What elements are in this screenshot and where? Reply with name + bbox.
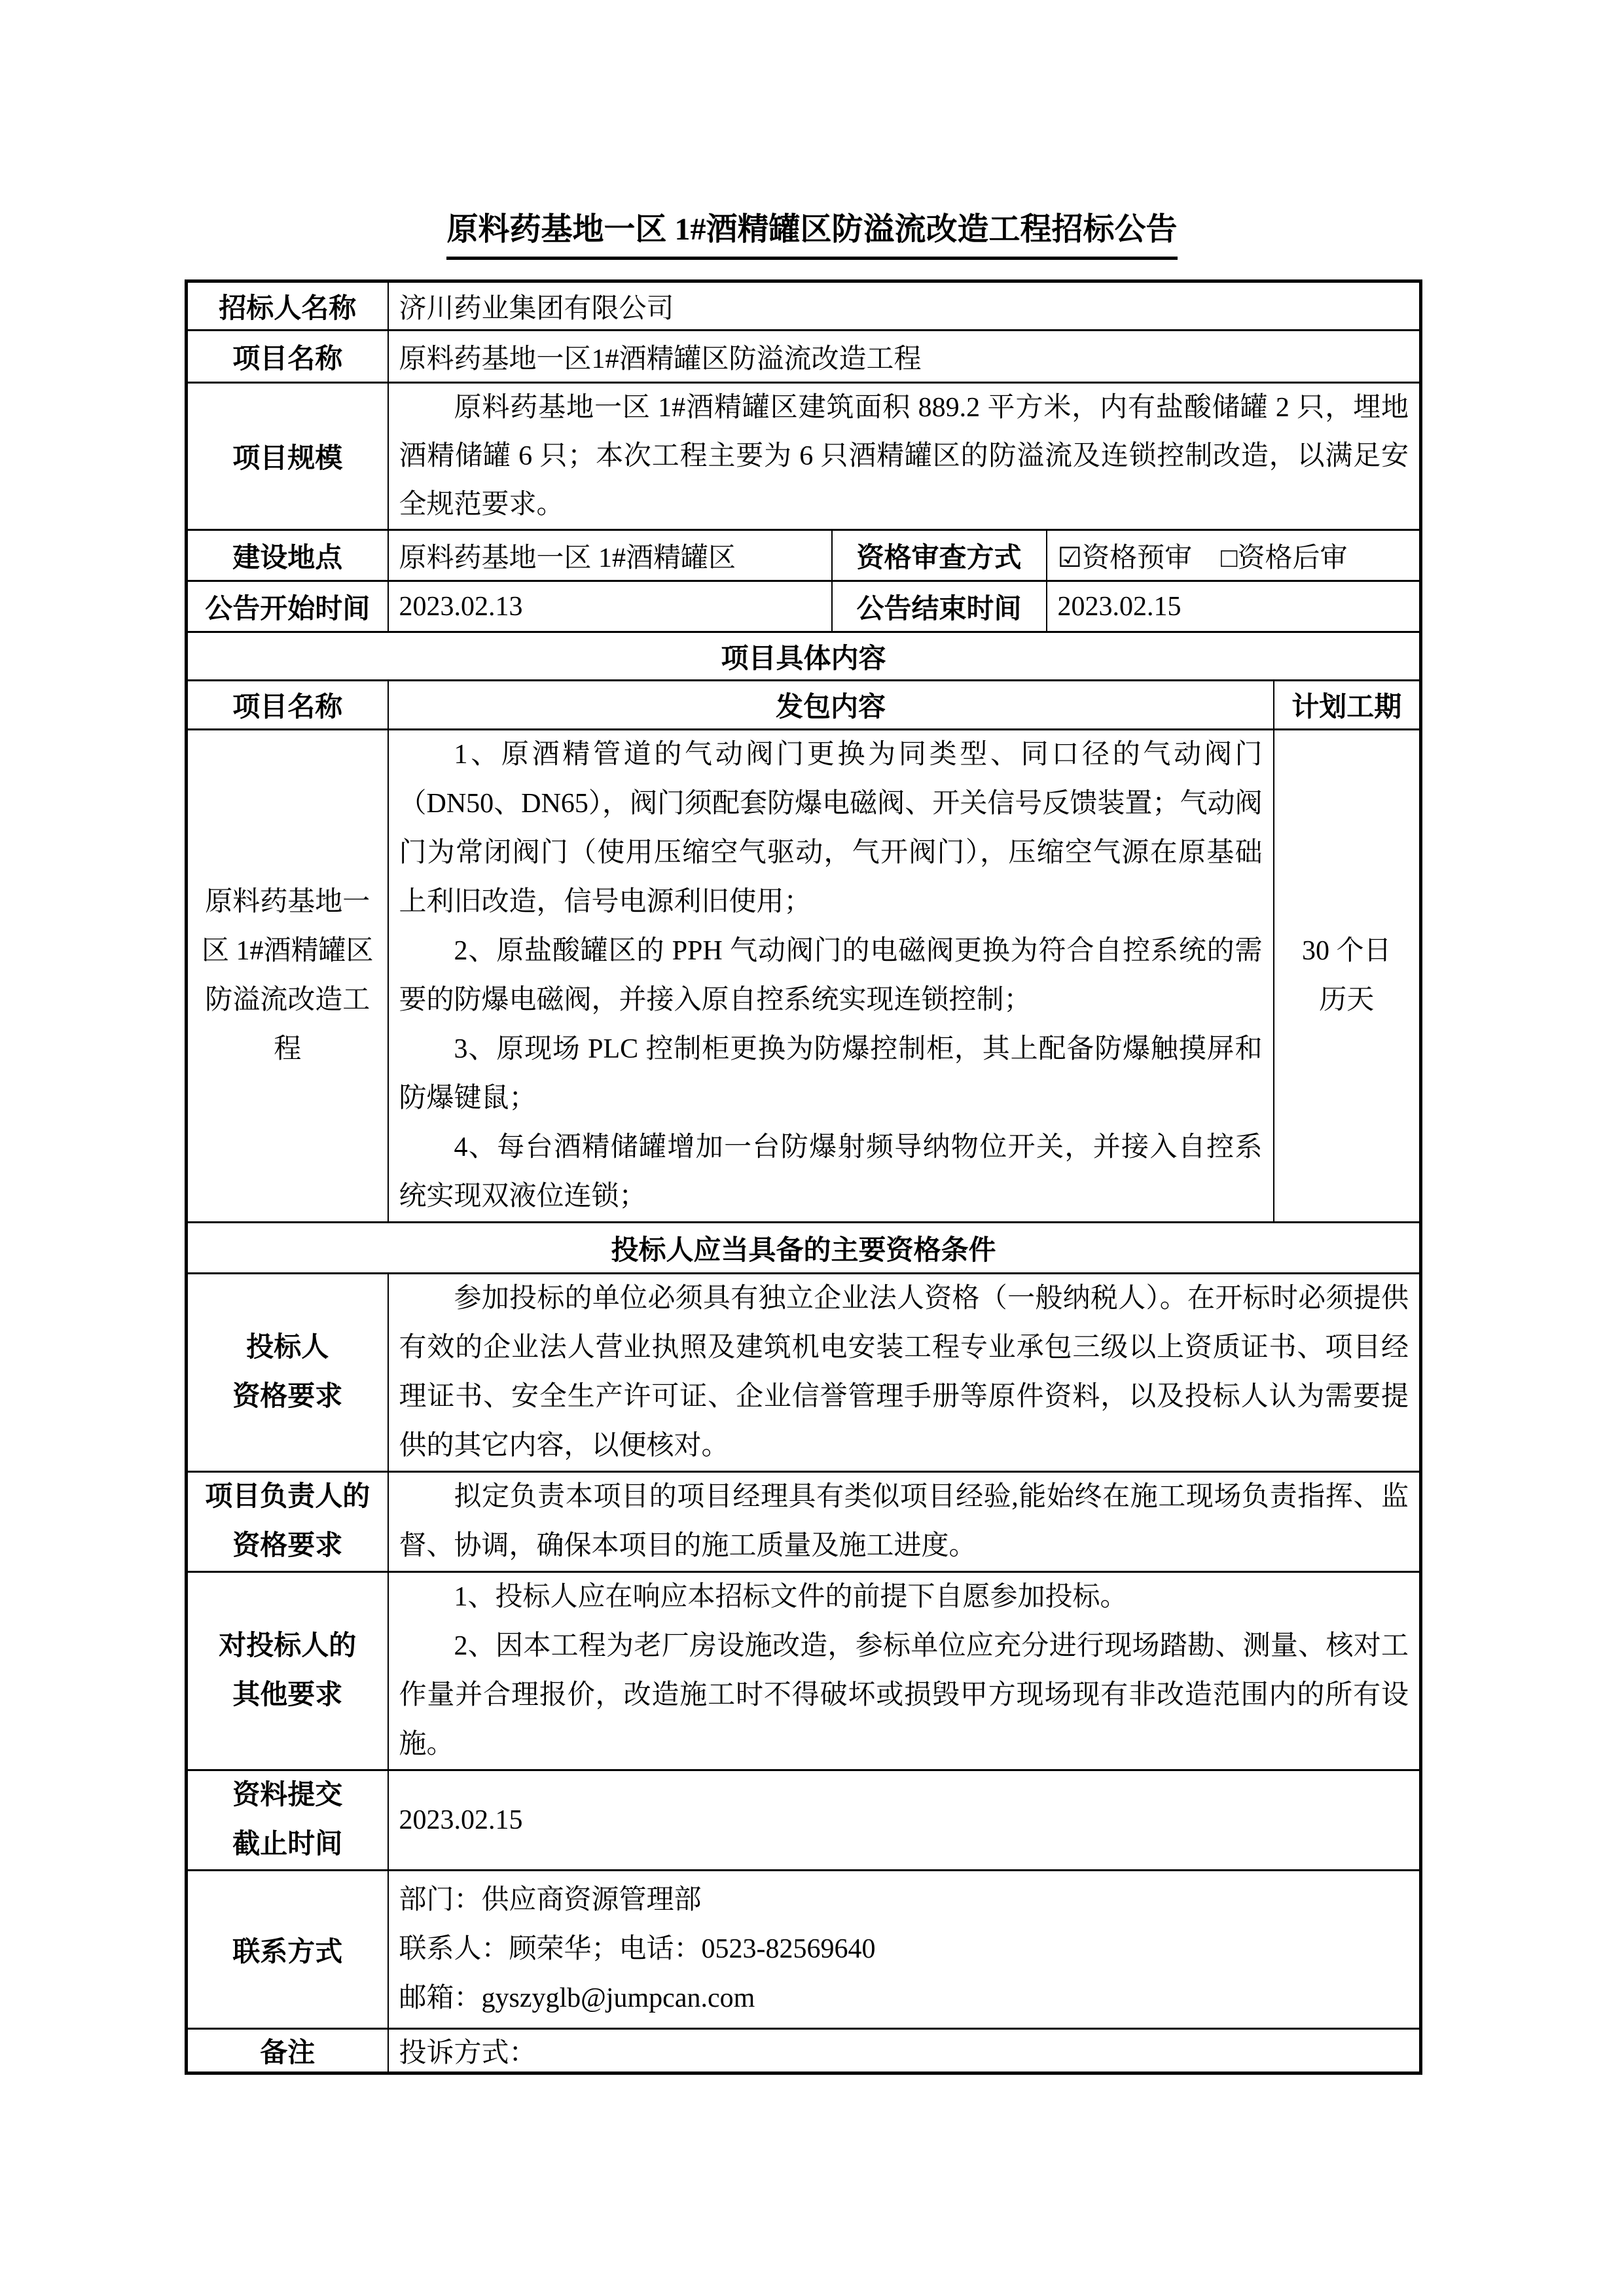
- manager-qualification-value: 拟定负责本项目的项目经理具有类似项目经验,能始终在施工现场负责指挥、监督、协调，…: [388, 1472, 1421, 1572]
- table-row: 建设地点 原料药基地一区 1#酒精罐区 资格审查方式 ☑资格预审□资格后审: [187, 530, 1421, 581]
- remark-label: 备注: [187, 2029, 388, 2073]
- bidder-qualification-label: 投标人 资格要求: [187, 1274, 388, 1472]
- submission-deadline-value: 2023.02.15: [388, 1770, 1421, 1871]
- unchecked-checkbox-icon: □: [1221, 543, 1237, 573]
- checked-checkbox-icon: ☑: [1058, 543, 1083, 573]
- prequalification-option: ☑资格预审: [1058, 543, 1193, 573]
- construction-site-label: 建设地点: [187, 530, 388, 581]
- table-row: 招标人名称 济川药业集团有限公司: [187, 281, 1421, 331]
- other-requirement-item: 2、因本工程为老厂房设施改造，参标单位应充分进行现场踏勘、测量、核对工作量并合理…: [399, 1622, 1409, 1769]
- manager-qualification-label: 项目负责人的 资格要求: [187, 1472, 388, 1572]
- announce-start-label: 公告开始时间: [187, 581, 388, 632]
- column-header-row: 项目名称 发包内容 计划工期: [187, 681, 1421, 730]
- detail-content-cell: 1、原酒精管道的气动阀门更换为同类型、同口径的气动阀门（DN50、DN65），阀…: [388, 730, 1274, 1223]
- project-scale-value: 原料药基地一区 1#酒精罐区建筑面积 889.2 平方米，内有盐酸储罐 2 只，…: [388, 383, 1421, 530]
- contract-item: 4、每台酒精储罐增加一台防爆射频导纳物位开关，并接入自控系统实现双液位连锁；: [399, 1123, 1263, 1221]
- tender-table: 招标人名称 济川药业集团有限公司 项目名称 原料药基地一区1#酒精罐区防溢流改造…: [185, 279, 1422, 2075]
- qualification-section-header: 投标人应当具备的主要资格条件: [187, 1223, 1421, 1274]
- table-row: 项目规模 原料药基地一区 1#酒精罐区建筑面积 889.2 平方米，内有盐酸储罐…: [187, 383, 1421, 530]
- table-row: 联系方式 部门：供应商资源管理部 联系人：顾荣华；电话：0523-8256964…: [187, 1871, 1421, 2029]
- remark-value: 投诉方式：: [388, 2029, 1421, 2073]
- project-name-value: 原料药基地一区1#酒精罐区防溢流改造工程: [388, 331, 1421, 383]
- bidder-name-label: 招标人名称: [187, 281, 388, 331]
- other-requirement-item: 1、投标人应在响应本招标文件的前提下自愿参加投标。: [399, 1573, 1409, 1622]
- qualification-review-value: ☑资格预审□资格后审: [1047, 530, 1421, 581]
- table-row: 项目名称 原料药基地一区1#酒精罐区防溢流改造工程: [187, 331, 1421, 383]
- contact-department-line: 部门：供应商资源管理部: [399, 1876, 1409, 1925]
- contract-item: 3、原现场 PLC 控制柜更换为防爆控制柜，其上配备防爆触摸屏和防爆键鼠；: [399, 1025, 1263, 1123]
- submission-deadline-label: 资料提交 截止时间: [187, 1770, 388, 1871]
- project-name-label: 项目名称: [187, 331, 388, 383]
- table-row: 备注 投诉方式：: [187, 2029, 1421, 2073]
- bidder-qualification-value: 参加投标的单位必须具有独立企业法人资格（一般纳税人）。在开标时必须提供有效的企业…: [388, 1274, 1421, 1472]
- postqualification-label: 资格后审: [1238, 543, 1348, 573]
- planned-duration-value: 30 个日 历天: [1274, 730, 1421, 1223]
- prequalification-label: 资格预审: [1082, 543, 1192, 573]
- contract-item: 1、原酒精管道的气动阀门更换为同类型、同口径的气动阀门（DN50、DN65），阀…: [399, 730, 1263, 927]
- contact-value: 部门：供应商资源管理部 联系人：顾荣华；电话：0523-82569640 邮箱：…: [388, 1871, 1421, 2029]
- page-title-text: 原料药基地一区 1#酒精罐区防溢流改造工程招标公告: [446, 209, 1177, 260]
- other-requirements-value: 1、投标人应在响应本招标文件的前提下自愿参加投标。 2、因本工程为老厂房设施改造…: [388, 1572, 1421, 1770]
- postqualification-option: □资格后审: [1221, 543, 1347, 573]
- announce-end-label: 公告结束时间: [832, 581, 1047, 632]
- detail-content-row: 原料药基地一 区 1#酒精罐区 防溢流改造工 程 1、原酒精管道的气动阀门更换为…: [187, 730, 1421, 1223]
- detail-col-project-header: 项目名称: [187, 681, 388, 730]
- other-requirements-label: 对投标人的 其他要求: [187, 1572, 388, 1770]
- announce-end-value: 2023.02.15: [1047, 581, 1421, 632]
- bidder-qualification-paragraph: 参加投标的单位必须具有独立企业法人资格（一般纳税人）。在开标时必须提供有效的企业…: [399, 1274, 1409, 1471]
- table-row: 资料提交 截止时间 2023.02.15: [187, 1770, 1421, 1871]
- announce-start-value: 2023.02.13: [388, 581, 832, 632]
- project-scale-label: 项目规模: [187, 383, 388, 530]
- section-header-row: 投标人应当具备的主要资格条件: [187, 1223, 1421, 1274]
- page-title: 原料药基地一区 1#酒精罐区防溢流改造工程招标公告: [0, 0, 1624, 260]
- qualification-review-label: 资格审查方式: [832, 530, 1047, 581]
- construction-site-value: 原料药基地一区 1#酒精罐区: [388, 530, 832, 581]
- document-page: 原料药基地一区 1#酒精罐区防溢流改造工程招标公告 招标人名称 济川药业集团有限…: [0, 0, 1624, 2296]
- table-row: 项目负责人的 资格要求 拟定负责本项目的项目经理具有类似项目经验,能始终在施工现…: [187, 1472, 1421, 1572]
- detail-section-header: 项目具体内容: [187, 632, 1421, 681]
- detail-col-content-header: 发包内容: [388, 681, 1274, 730]
- table-row: 投标人 资格要求 参加投标的单位必须具有独立企业法人资格（一般纳税人）。在开标时…: [187, 1274, 1421, 1472]
- project-scale-paragraph: 原料药基地一区 1#酒精罐区建筑面积 889.2 平方米，内有盐酸储罐 2 只，…: [399, 384, 1409, 529]
- manager-qualification-paragraph: 拟定负责本项目的项目经理具有类似项目经验,能始终在施工现场负责指挥、监督、协调，…: [399, 1473, 1409, 1571]
- contact-email-line: 邮箱：gyszyglb@jumpcan.com: [399, 1974, 1409, 2023]
- contract-item: 2、原盐酸罐区的 PPH 气动阀门的电磁阀更换为符合自控系统的需要的防爆电磁阀，…: [399, 927, 1263, 1025]
- section-header-row: 项目具体内容: [187, 632, 1421, 681]
- detail-project-name: 原料药基地一 区 1#酒精罐区 防溢流改造工 程: [187, 730, 388, 1223]
- detail-col-duration-header: 计划工期: [1274, 681, 1421, 730]
- table-row: 公告开始时间 2023.02.13 公告结束时间 2023.02.15: [187, 581, 1421, 632]
- contact-person-phone-line: 联系人：顾荣华；电话：0523-82569640: [399, 1925, 1409, 1974]
- contact-label: 联系方式: [187, 1871, 388, 2029]
- table-row: 对投标人的 其他要求 1、投标人应在响应本招标文件的前提下自愿参加投标。 2、因…: [187, 1572, 1421, 1770]
- bidder-name-value: 济川药业集团有限公司: [388, 281, 1421, 331]
